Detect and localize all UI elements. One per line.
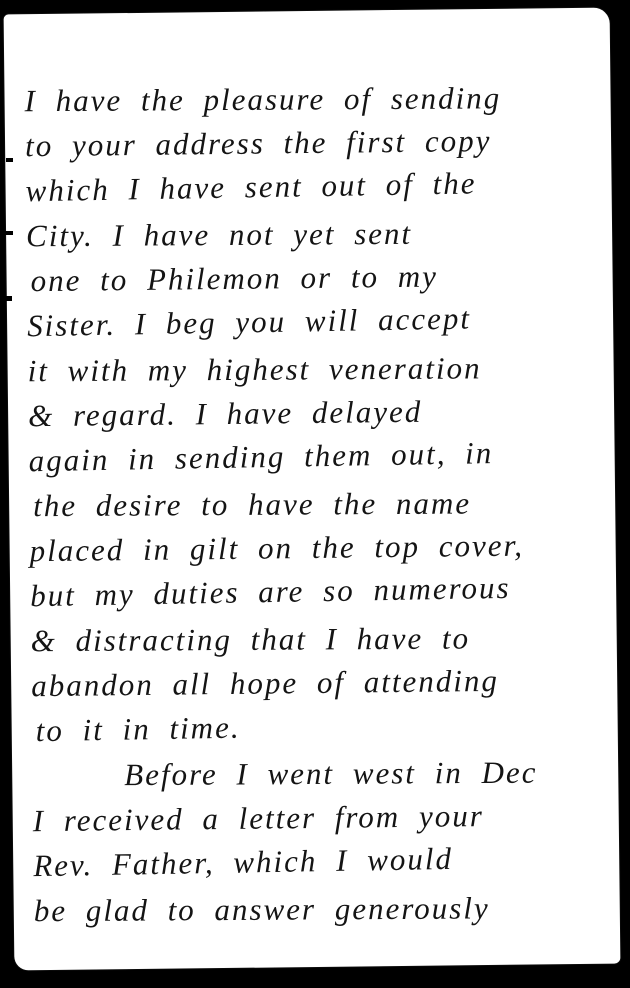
letter-page: I have the pleasure of sending to your a… [4,8,621,971]
letter-line: Rev. Father, which I would [33,833,608,888]
letter-line: it with my highest veneration [28,345,602,394]
letter-line: City. I have not yet sent [26,210,600,259]
scan-artifact [6,158,13,162]
letter-line-paragraph-start: Before I went west in Dec [124,749,606,797]
letter-line: & distracting that I have to [31,615,605,664]
letter-line: again in sending them out, in [28,428,603,483]
letter-line: to it in time. [35,698,606,753]
letter-line: be glad to answer generously [34,885,608,934]
scan-artifact [5,231,13,235]
letter-line: but my duties are so numerous [30,563,605,618]
letter-line: Sister. I beg you will accept [27,293,602,348]
letter-line: which I have sent out of the [25,158,600,213]
scan-background: I have the pleasure of sending to your a… [0,0,630,988]
letter-line: the desire to have the name [33,480,603,528]
letter-text-block: I have the pleasure of sending to your a… [24,72,608,933]
letter-line: I have the pleasure of sending [24,75,598,124]
scan-artifact [5,296,12,301]
